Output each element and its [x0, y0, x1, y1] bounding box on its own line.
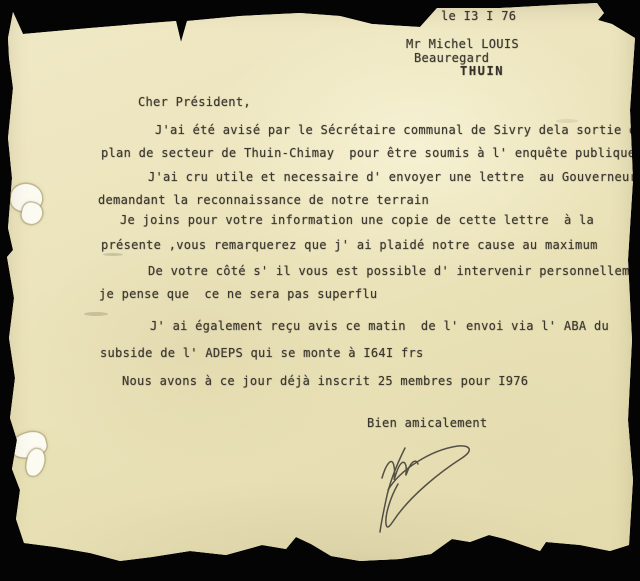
letter-line: présente ,vous remarquerez que j' ai pla… [101, 238, 598, 252]
ink-smudge [103, 253, 123, 256]
letter-line: je pense que ce ne sera pas superflu [99, 287, 377, 301]
ink-smudge [84, 312, 108, 316]
recipient-name: Mr Michel LOUIS [406, 37, 519, 51]
signature-scribble-icon [330, 425, 480, 545]
recipient-city: THUIN [460, 64, 504, 78]
salutation: Cher Président, [138, 95, 251, 109]
letter-line: J'ai été avisé par le Sécrétaire communa… [155, 123, 640, 137]
date-line: le I3 I 76 [441, 9, 516, 23]
letter-line: Nous avons à ce jour déjà inscrit 25 mem… [122, 374, 528, 388]
letter-line: demandant la reconnaissance de notre ter… [98, 193, 429, 207]
letter-line: subside de l' ADEPS qui se monte à I64I … [100, 346, 424, 360]
letter-line: De votre côté s' il vous est possible d'… [148, 264, 640, 278]
scanned-letter-page: le I3 I 76 Mr Michel LOUIS Beauregard TH… [0, 0, 640, 581]
letter-line: Je joins pour votre information une copi… [120, 213, 594, 227]
letter-line: J'ai cru utile et necessaire d' envoyer … [148, 170, 637, 184]
letter-paper: le I3 I 76 Mr Michel LOUIS Beauregard TH… [0, 0, 640, 581]
letter-line: plan de secteur de Thuin-Chimay pour êtr… [101, 146, 635, 160]
letter-line: J' ai également reçu avis ce matin de l'… [150, 319, 609, 333]
